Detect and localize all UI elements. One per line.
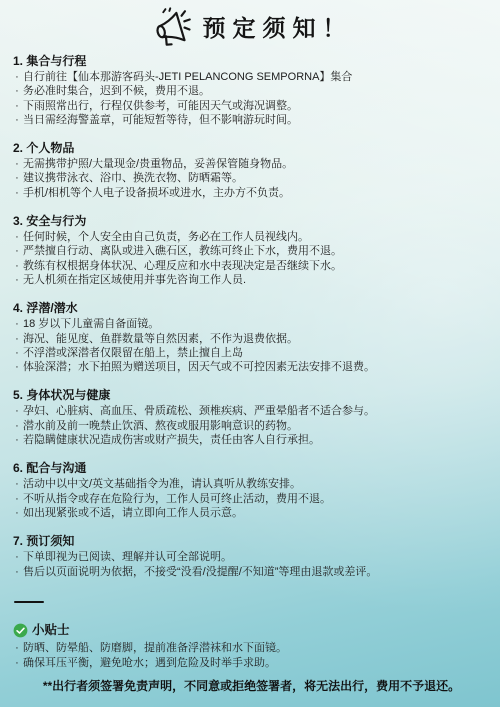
bullet-marker: · — [13, 171, 21, 185]
bullet-marker: · — [13, 656, 21, 670]
bullet-marker: · — [13, 346, 21, 360]
bullet-item: ·严禁擅自行动、离队或进入礁石区，教练可终止下水，费用不退。 — [13, 244, 490, 258]
bullet-item: ·潜水前及前一晚禁止饮酒、熬夜或服用影响意识的药物。 — [13, 419, 490, 433]
tips-heading: 小贴士 — [32, 621, 70, 639]
bullet-text: 确保耳压平衡，避免呛水；遇到危险及时举手求助。 — [23, 656, 490, 670]
bullet-marker: · — [13, 84, 21, 98]
bullet-text: 不浮潜或深潜者仅限留在船上，禁止擅自上岛 — [23, 346, 490, 360]
bullet-marker: · — [13, 404, 21, 418]
section-heading: 4. 浮潜/潜水 — [13, 300, 490, 316]
bullet-text: 教练有权根据身体状况、心理反应和水中表现决定是否继续下水。 — [23, 259, 490, 273]
bullet-text: 自行前往【仙本那游客码头-JETI PELANCONG SEMPORNA】集合 — [23, 70, 490, 84]
bullet-marker: · — [13, 70, 21, 84]
section-heading: 5. 身体状况与健康 — [13, 387, 490, 403]
bullet-text: 海况、能见度、鱼群数量等自然因素，不作为退费依据。 — [23, 332, 490, 346]
header: 预定须知！ — [13, 6, 490, 50]
bullet-marker: · — [13, 506, 21, 520]
bullet-text: 下单即视为已阅读、理解并认可全部说明。 — [23, 550, 490, 564]
bullet-item: ·若隐瞒健康状况造成伤害或财产损失，责任由客人自行承担。 — [13, 433, 490, 447]
bullet-marker: · — [13, 492, 21, 506]
bullet-item: ·教练有权根据身体状况、心理反应和水中表现决定是否继续下水。 — [13, 259, 490, 273]
bullet-text: 严禁擅自行动、离队或进入礁石区，教练可终止下水，费用不退。 — [23, 244, 490, 258]
bullet-item: ·建议携带泳衣、浴巾、换洗衣物、防晒霜等。 — [13, 171, 490, 185]
bullet-text: 无需携带护照/大量现金/贵重物品，妥善保管随身物品。 — [23, 157, 490, 171]
tips-heading-row: 小贴士 — [13, 621, 490, 639]
bullet-item: ·手机/相机等个人电子设备损坏或进水，主办方不负责。 — [13, 186, 490, 200]
bullet-item: ·18 岁以下儿童需自备面镜。 — [13, 317, 490, 331]
bullet-text: 孕妇、心脏病、高血压、骨质疏松、颈椎疾病、严重晕船者不适合参与。 — [23, 404, 490, 418]
section-personal-items: 2. 个人物品 ·无需携带护照/大量现金/贵重物品，妥善保管随身物品。 ·建议携… — [13, 140, 490, 200]
notice-poster: 预定须知！ 1. 集合与行程 ·自行前往【仙本那游客码头-JETI PELANC… — [0, 0, 500, 707]
bullet-item: ·当日需经海警盖章，可能短暂等待，但不影响游玩时间。 — [13, 113, 490, 127]
bullet-item: ·自行前往【仙本那游客码头-JETI PELANCONG SEMPORNA】集合 — [13, 70, 490, 84]
bullet-text: 售后以页面说明为依据，不接受“没看/没提醒/不知道”等理由退款或差评。 — [23, 565, 490, 579]
bullet-marker: · — [13, 419, 21, 433]
section-meeting-itinerary: 1. 集合与行程 ·自行前往【仙本那游客码头-JETI PELANCONG SE… — [13, 53, 490, 127]
bullet-marker: · — [13, 230, 21, 244]
bullet-text: 手机/相机等个人电子设备损坏或进水，主办方不负责。 — [23, 186, 490, 200]
bullet-marker: · — [13, 113, 21, 127]
bullet-marker: · — [13, 550, 21, 564]
bullet-item: ·体验深潜；水下拍照为赠送项目，因天气或不可控因素无法安排不退费。 — [13, 360, 490, 374]
bullet-item: ·下单即视为已阅读、理解并认可全部说明。 — [13, 550, 490, 564]
bullet-item: ·确保耳压平衡，避免呛水；遇到危险及时举手求助。 — [13, 656, 490, 670]
bullet-marker: · — [13, 99, 21, 113]
bullet-marker: · — [13, 157, 21, 171]
bullet-marker: · — [13, 641, 21, 655]
section-heading: 2. 个人物品 — [13, 140, 490, 156]
bullet-marker: · — [13, 565, 21, 579]
section-cooperation-communication: 6. 配合与沟通 ·活动中以中文/英文基础指令为准，请认真听从教练安排。 ·不听… — [13, 460, 490, 520]
bullet-marker: · — [13, 360, 21, 374]
bullet-item: ·售后以页面说明为依据，不接受“没看/没提醒/不知道”等理由退款或差评。 — [13, 565, 490, 579]
bullet-item: ·不听从指令或存在危险行为，工作人员可终止活动，费用不退。 — [13, 492, 490, 506]
section-heading: 7. 预订须知 — [13, 533, 490, 549]
bullet-item: ·不浮潜或深潜者仅限留在船上，禁止擅自上岛 — [13, 346, 490, 360]
section-heading: 6. 配合与沟通 — [13, 460, 490, 476]
bullet-text: 不听从指令或存在危险行为，工作人员可终止活动，费用不退。 — [23, 492, 490, 506]
bullet-marker: · — [13, 332, 21, 346]
bullet-item: ·活动中以中文/英文基础指令为准，请认真听从教练安排。 — [13, 477, 490, 491]
bullet-marker: · — [13, 244, 21, 258]
disclaimer-footer: **出行者须签署免责声明，不同意或拒绝签署者，将无法出行，费用不予退还。 — [13, 679, 490, 694]
bullet-marker: · — [13, 433, 21, 447]
section-health: 5. 身体状况与健康 ·孕妇、心脏病、高血压、骨质疏松、颈椎疾病、严重晕船者不适… — [13, 387, 490, 447]
section-booking-notice: 7. 预订须知 ·下单即视为已阅读、理解并认可全部说明。 ·售后以页面说明为依据… — [13, 533, 490, 579]
bullet-marker: · — [13, 186, 21, 200]
bullet-text: 18 岁以下儿童需自备面镜。 — [23, 317, 490, 331]
bullet-item: ·务必准时集合，迟到不候，费用不退。 — [13, 84, 490, 98]
bullet-text: 体验深潜；水下拍照为赠送项目，因天气或不可控因素无法安排不退费。 — [23, 360, 490, 374]
bullet-item: ·防晒、防晕船、防磨脚，提前准备浮潜袜和水下面镜。 — [13, 641, 490, 655]
bullet-text: 潜水前及前一晚禁止饮酒、熬夜或服用影响意识的药物。 — [23, 419, 490, 433]
bullet-text: 活动中以中文/英文基础指令为准，请认真听从教练安排。 — [23, 477, 490, 491]
bullet-text: 若隐瞒健康状况造成伤害或财产损失，责任由客人自行承担。 — [23, 433, 490, 447]
section-safety-behavior: 3. 安全与行为 ·任何时候，个人安全由自己负责，务必在工作人员视线内。 ·严禁… — [13, 213, 490, 287]
bullet-text: 无人机须在指定区域使用并事先咨询工作人员. — [23, 273, 490, 287]
bullet-item: ·无人机须在指定区域使用并事先咨询工作人员. — [13, 273, 490, 287]
section-heading: 1. 集合与行程 — [13, 53, 490, 69]
page-title: 预定须知！ — [203, 17, 353, 40]
bullet-text: 当日需经海警盖章，可能短暂等待，但不影响游玩时间。 — [23, 113, 490, 127]
bullet-marker: · — [13, 259, 21, 273]
bullet-item: ·海况、能见度、鱼群数量等自然因素，不作为退费依据。 — [13, 332, 490, 346]
section-snorkeling-diving: 4. 浮潜/潜水 ·18 岁以下儿童需自备面镜。 ·海况、能见度、鱼群数量等自然… — [13, 300, 490, 374]
bullet-item: ·下雨照常出行，行程仅供参考，可能因天气或海况调整。 — [13, 99, 490, 113]
bullet-item: ·无需携带护照/大量现金/贵重物品，妥善保管随身物品。 — [13, 157, 490, 171]
bullet-text: 建议携带泳衣、浴巾、换洗衣物、防晒霜等。 — [23, 171, 490, 185]
bullet-item: ·如出现紧张或不适，请立即向工作人员示意。 — [13, 506, 490, 520]
megaphone-icon — [151, 7, 193, 49]
bullet-marker: · — [13, 477, 21, 491]
bullet-text: 如出现紧张或不适，请立即向工作人员示意。 — [23, 506, 490, 520]
bullet-item: ·孕妇、心脏病、高血压、骨质疏松、颈椎疾病、严重晕船者不适合参与。 — [13, 404, 490, 418]
section-heading: 3. 安全与行为 — [13, 213, 490, 229]
bullet-marker: · — [13, 317, 21, 331]
tips-section: 小贴士 ·防晒、防晕船、防磨脚，提前准备浮潜袜和水下面镜。 ·确保耳压平衡，避免… — [13, 621, 490, 670]
check-circle-icon — [13, 623, 28, 638]
bullet-text: 防晒、防晕船、防磨脚，提前准备浮潜袜和水下面镜。 — [23, 641, 490, 655]
bullet-text: 务必准时集合，迟到不候，费用不退。 — [23, 84, 490, 98]
bullet-marker: · — [13, 273, 21, 287]
bullet-item: ·任何时候，个人安全由自己负责，务必在工作人员视线内。 — [13, 230, 490, 244]
divider — [14, 601, 44, 604]
bullet-text: 任何时候，个人安全由自己负责，务必在工作人员视线内。 — [23, 230, 490, 244]
bullet-text: 下雨照常出行，行程仅供参考，可能因天气或海况调整。 — [23, 99, 490, 113]
